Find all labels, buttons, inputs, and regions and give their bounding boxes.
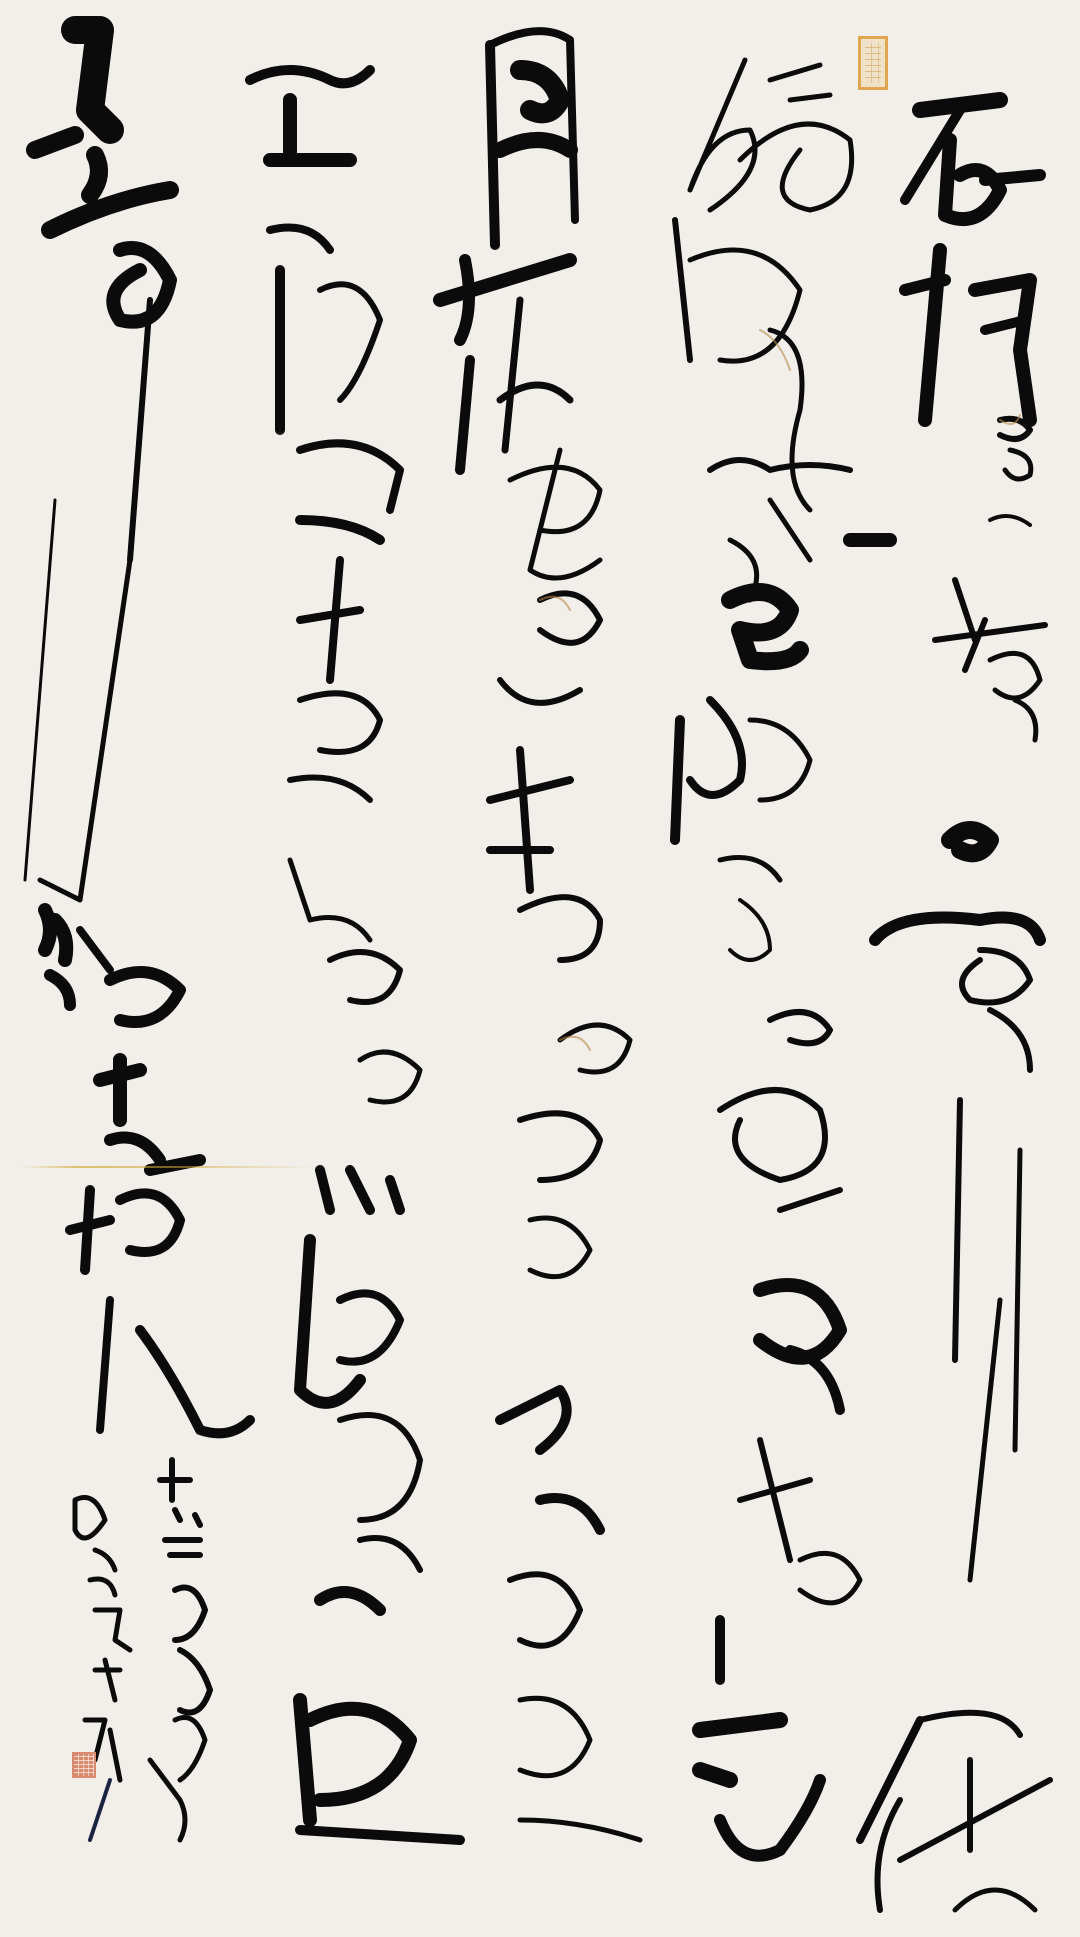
column-1-strokes — [860, 100, 1050, 1910]
paper-fold-line — [20, 1166, 320, 1168]
dry-brush-speckles — [540, 330, 1020, 1050]
seal-pattern-top — [865, 43, 881, 83]
seal-bottom-left — [72, 1752, 96, 1778]
column-5-strokes — [25, 30, 250, 1433]
signature-strokes — [75, 1460, 210, 1840]
seal-top-right — [858, 36, 888, 90]
column-4-strokes — [250, 70, 460, 1840]
calligraphy-ink-strokes — [0, 0, 1080, 1937]
column-3-strokes — [440, 31, 640, 1840]
seal-pattern-bottom — [74, 1754, 94, 1776]
column-2-strokes — [675, 60, 890, 1856]
calligraphy-scroll: Chinese cursive (kuangcao) calligraphy s… — [0, 0, 1080, 1937]
